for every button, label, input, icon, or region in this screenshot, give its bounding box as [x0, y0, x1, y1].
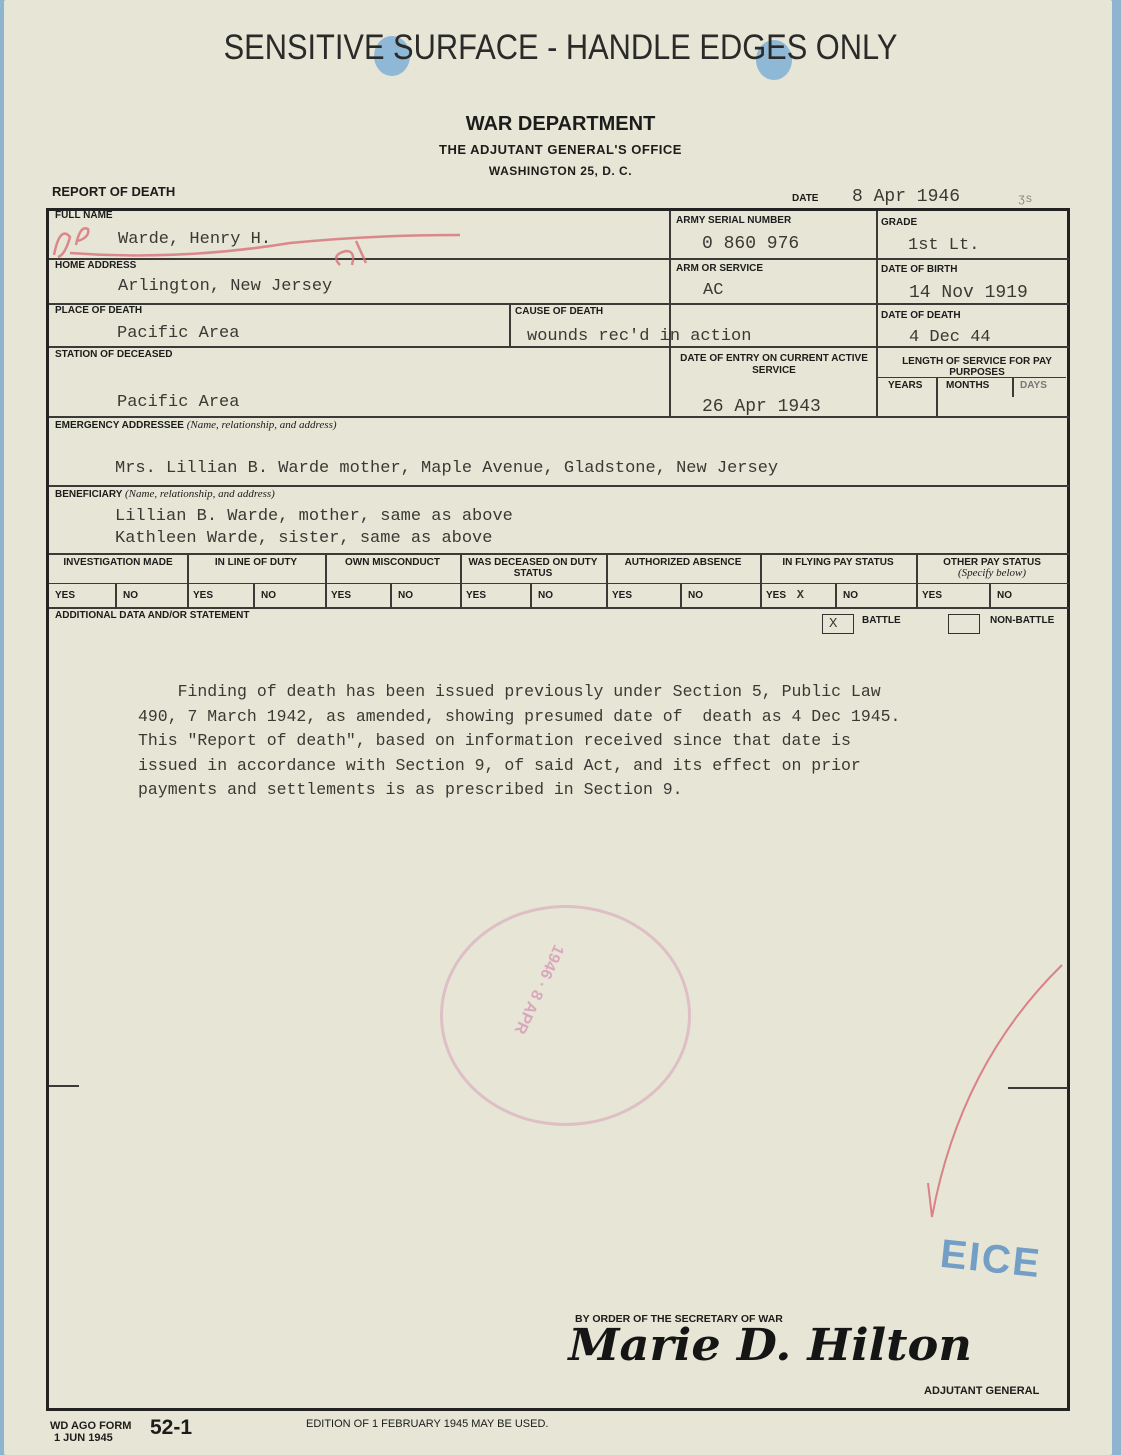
- divider: [835, 583, 837, 607]
- status-yes-cell[interactable]: YES: [331, 588, 359, 602]
- status-no-cell[interactable]: NO: [538, 588, 553, 602]
- date-of-birth-label: DATE OF BIRTH: [881, 264, 957, 275]
- status-no-cell[interactable]: NO: [261, 588, 276, 602]
- status-col-header: OTHER PAY STATUS(Specify below): [916, 557, 1068, 579]
- beneficiary-line: Lillian B. Warde, mother, same as above: [115, 507, 513, 526]
- yes-label: YES: [466, 590, 486, 601]
- status-yes-cell[interactable]: YES X: [766, 588, 804, 602]
- emergency-addressee-value: Mrs. Lillian B. Warde mother, Maple Aven…: [115, 459, 778, 478]
- emergency-addressee-note: (Name, relationship, and address): [187, 419, 337, 431]
- divider: [936, 377, 938, 416]
- divider: [49, 303, 1069, 305]
- no-label: NO: [997, 590, 1012, 601]
- arm-service-value: AC: [703, 281, 723, 300]
- serial-number-value: 0 860 976: [702, 234, 799, 254]
- date-of-death-value: 4 Dec 44: [909, 328, 991, 347]
- status-yes-cell[interactable]: YES: [612, 588, 640, 602]
- status-yes-cell[interactable]: YES: [466, 588, 494, 602]
- divider: [509, 303, 511, 346]
- length-of-service-label: LENGTH OF SERVICE FOR PAY PURPOSES: [895, 356, 1059, 378]
- form-designation: WD AGO FORM 1 JUN 1945: [50, 1420, 131, 1444]
- adjutant-general-title: ADJUTANT GENERAL: [924, 1385, 1039, 1397]
- divider: [989, 583, 991, 607]
- statement-text: Finding of death has been issued previou…: [138, 680, 900, 803]
- red-pencil-annotation-icon: [40, 215, 480, 275]
- station-label: STATION OF DECEASED: [55, 349, 172, 360]
- status-col-header: IN FLYING PAY STATUS: [760, 557, 916, 568]
- non-battle-checkbox[interactable]: [948, 614, 980, 634]
- form-label: WD AGO FORM: [50, 1420, 131, 1432]
- status-col-header-text: IN LINE OF DUTY: [215, 557, 297, 568]
- date-of-death-label: DATE OF DEATH: [881, 310, 961, 321]
- serial-number-label: ARMY SERIAL NUMBER: [676, 215, 791, 226]
- no-label: NO: [538, 590, 553, 601]
- years-label: YEARS: [888, 380, 922, 391]
- battle-label: BATTLE: [862, 615, 901, 626]
- yes-label: YES: [55, 590, 75, 601]
- department-heading: WAR DEPARTMENT: [0, 113, 1121, 136]
- months-label: MONTHS: [946, 380, 989, 391]
- date-of-entry-value: 26 Apr 1943: [702, 397, 821, 417]
- form-number: 52-1: [150, 1416, 192, 1440]
- status-col-header-text: INVESTIGATION MADE: [63, 557, 172, 568]
- yes-label: YES: [922, 590, 942, 601]
- days-label: DAYS: [1020, 380, 1047, 391]
- edition-note: EDITION OF 1 FEBRUARY 1945 MAY BE USED.: [306, 1418, 548, 1430]
- divider: [115, 583, 117, 607]
- no-label: NO: [843, 590, 858, 601]
- status-col-header-text: AUTHORIZED ABSENCE: [625, 557, 742, 568]
- beneficiary-line: Kathleen Warde, sister, same as above: [115, 529, 492, 548]
- grade-label: GRADE: [881, 217, 917, 228]
- divider: [876, 211, 878, 416]
- status-col-header: OWN MISCONDUCT: [325, 557, 460, 568]
- status-no-cell[interactable]: NO: [843, 588, 858, 602]
- status-col-header: IN LINE OF DUTY: [187, 557, 325, 568]
- red-checkmark-icon: [920, 955, 1070, 1225]
- status-yes-cell[interactable]: YES: [922, 588, 950, 602]
- home-address-value: Arlington, New Jersey: [118, 277, 332, 296]
- divider: [49, 485, 1069, 487]
- emergency-addressee-label: EMERGENCY ADDRESSEE (Name, relationship,…: [55, 419, 337, 431]
- status-col-header-text: WAS DECEASED ON DUTY STATUS: [469, 557, 598, 579]
- additional-data-label: ADDITIONAL DATA AND/OR STATEMENT: [55, 610, 249, 621]
- received-stamp-icon: [440, 905, 691, 1126]
- adjutant-signature: Marie D. Hilton: [568, 1320, 972, 1371]
- divider: [669, 211, 671, 416]
- office-heading: THE ADJUTANT GENERAL'S OFFICE: [0, 142, 1121, 157]
- divider: [1012, 377, 1014, 397]
- divider: [530, 583, 532, 607]
- form-date: 1 JUN 1945: [50, 1432, 131, 1444]
- non-battle-label: NON-BATTLE: [990, 615, 1054, 626]
- place-of-death-value: Pacific Area: [117, 324, 239, 343]
- date-of-entry-label: DATE OF ENTRY ON CURRENT ACTIVE SERVICE: [672, 353, 876, 377]
- beneficiary-note: (Name, relationship, and address): [125, 488, 275, 500]
- yes-mark: X: [797, 588, 804, 602]
- status-col-header-text: OWN MISCONDUCT: [345, 557, 440, 568]
- yes-label: YES: [331, 590, 351, 601]
- date-of-birth-value: 14 Nov 1919: [909, 283, 1028, 303]
- form-title: REPORT OF DEATH: [52, 184, 175, 199]
- no-label: NO: [398, 590, 413, 601]
- emergency-addressee-label-text: EMERGENCY ADDRESSEE: [55, 420, 184, 431]
- status-no-cell[interactable]: NO: [398, 588, 413, 602]
- grade-value: 1st Lt.: [908, 236, 979, 255]
- status-no-cell[interactable]: NO: [688, 588, 703, 602]
- status-no-cell[interactable]: NO: [997, 588, 1012, 602]
- status-no-cell[interactable]: NO: [123, 588, 138, 602]
- beneficiary-label-text: BENEFICIARY: [55, 489, 122, 500]
- status-col-header: INVESTIGATION MADE: [49, 557, 187, 568]
- divider: [49, 607, 1069, 609]
- status-col-header: AUTHORIZED ABSENCE: [606, 557, 760, 568]
- place-of-death-label: PLACE OF DEATH: [55, 305, 142, 316]
- arm-service-label: ARM OR SERVICE: [676, 263, 763, 274]
- battle-checkbox[interactable]: X: [822, 614, 854, 634]
- location-heading: WASHINGTON 25, D. C.: [0, 164, 1121, 178]
- status-yes-cell[interactable]: YES: [55, 588, 83, 602]
- station-value: Pacific Area: [117, 393, 239, 412]
- divider: [49, 416, 1069, 418]
- date-label: DATE: [792, 193, 818, 204]
- cause-of-death-value: wounds rec'd in action: [527, 327, 751, 346]
- divider: [680, 583, 682, 607]
- divider: [390, 583, 392, 607]
- no-label: NO: [688, 590, 703, 601]
- no-label: NO: [123, 590, 138, 601]
- status-col-header-text: IN FLYING PAY STATUS: [782, 557, 893, 568]
- status-col-header: WAS DECEASED ON DUTY STATUS: [460, 557, 606, 579]
- sensitive-surface-banner: SENSITIVE SURFACE - HANDLE EDGES ONLY: [67, 28, 1053, 68]
- status-yes-cell[interactable]: YES: [193, 588, 221, 602]
- fold-mark: [49, 1085, 79, 1087]
- date-mark: ʒs: [1018, 192, 1032, 206]
- beneficiary-label: BENEFICIARY (Name, relationship, and add…: [55, 488, 275, 500]
- yes-label: YES: [612, 590, 632, 601]
- yes-label: YES: [193, 590, 213, 601]
- battle-check-mark: X: [829, 616, 837, 632]
- date-value: 8 Apr 1946: [852, 187, 960, 207]
- status-col-note: (Specify below): [958, 567, 1026, 579]
- cause-of-death-label: CAUSE OF DEATH: [515, 306, 603, 317]
- yes-label: YES: [766, 590, 786, 601]
- divider: [253, 583, 255, 607]
- no-label: NO: [261, 590, 276, 601]
